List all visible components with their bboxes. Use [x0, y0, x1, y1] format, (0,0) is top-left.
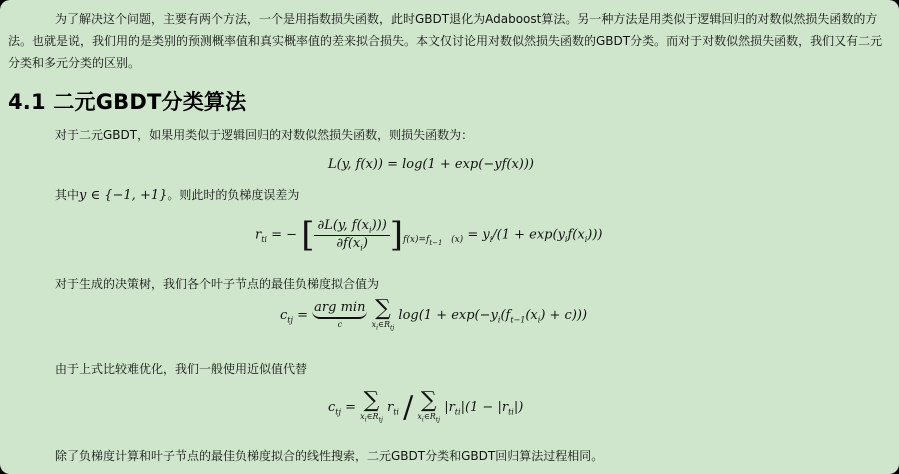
right-bracket: ]: [390, 215, 403, 255]
partial-fraction: ∂L(y, f(xi))) ∂f(xi): [314, 218, 389, 252]
y-domain-math: y ∈ {−1, +1}: [79, 188, 167, 203]
loss-intro-text: 对于二元GBDT，如果用类似于逻辑回归的对数似然损失函数，则损失函数为：: [55, 127, 473, 143]
y-domain-suffix: 。则此时的负梯度误差为: [167, 188, 299, 202]
summation: ∑xi∈Rtj: [372, 298, 395, 333]
conclusion-text: 除了负梯度计算和叶子节点的最佳负梯度拟合的线性搜索，二元GBDT分类和GBDT回…: [55, 448, 603, 464]
leaf-intro-text: 对于生成的决策树，我们各个叶子节点的最佳负梯度拟合值为: [55, 276, 379, 292]
intro-paragraph: 为了解决这个问题，主要有两个方法，一个是用指数损失函数，此时GBDT退化为Ada…: [8, 8, 888, 74]
summation-numerator: ∑xi∈Rtj: [360, 390, 383, 425]
document-page: 为了解决这个问题，主要有两个方法，一个是用指数损失函数，此时GBDT退化为Ada…: [0, 0, 899, 474]
argmin-underbrace: arg minc: [312, 300, 367, 331]
approx-intro-text: 由于上式比较难优化，我们一般使用近似值代替: [55, 361, 307, 377]
left-bracket: [: [301, 215, 314, 255]
formula-loss-function: L(y, f(x)) = log(1 + exp(−yf(x))): [328, 157, 534, 172]
formula-negative-gradient: rti = − [ ∂L(y, f(xi))) ∂f(xi) ]f(x)=ft−…: [255, 215, 602, 255]
y-domain-prefix: 其中: [55, 188, 79, 202]
formula-leaf-optimal-value: ctj = arg minc ∑xi∈Rtj log(1 + exp(−yi(f…: [280, 298, 587, 333]
formula-approximation: ctj = ∑xi∈Rtj rti / ∑xi∈Rtj |rti|(1 − |r…: [328, 390, 523, 425]
summation-denominator: ∑xi∈Rtj: [417, 390, 440, 425]
section-heading: 4.1 二元GBDT分类算法: [8, 86, 246, 116]
y-domain-text: 其中y ∈ {−1, +1}。则此时的负梯度误差为: [55, 187, 299, 204]
